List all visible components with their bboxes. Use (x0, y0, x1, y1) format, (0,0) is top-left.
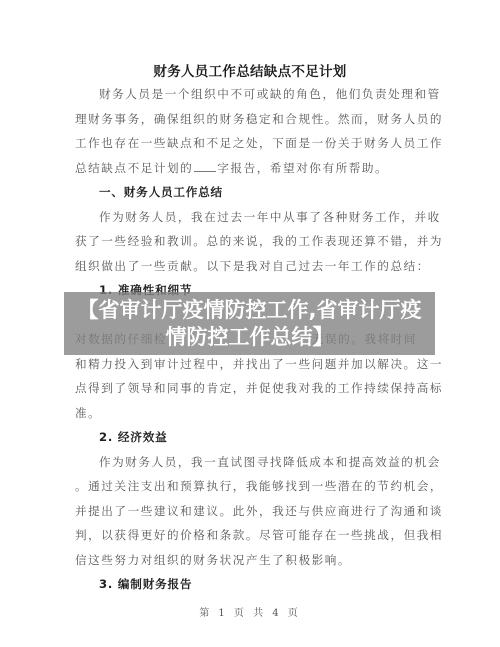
paragraph-line: 获了一些经验和教训。总的来说，我的工作表现还算不错，并为 (75, 233, 417, 249)
paragraph-line: 判，以获得更好的价格和条款。尽管可能存在一些挑战，但我相 (75, 527, 417, 543)
paragraph-line: 准。 (75, 405, 417, 421)
paragraph-line: 信这些努力对组织的财务状况产生了积极影响。 (75, 552, 417, 568)
subheading-economic-benefit: 2. 经济效益 (99, 429, 441, 445)
paragraph-line: 作为财务人员，我在过去一年中从事了各种财务工作，并收 (99, 209, 417, 225)
paragraph-line: 和精力投入到审计过程中，并找出了一些问题并加以解决。这一 (75, 356, 417, 372)
banner-title-line-2: 情防控工作总结】 (166, 324, 334, 351)
document-page: 财务人员工作总结缺点不足计划 财务人员是一个组织中不可或缺的角色，他们负责处理和… (0, 0, 500, 647)
paragraph-line: 理财务事务，确保组织的财务稳定和合规性。然而，财务人员的 (75, 111, 417, 127)
line-text-after-blank: 字报告，希望对你有所帮助。 (217, 161, 388, 175)
paragraph-line: 财务人员是一个组织中不可或缺的角色，他们负责处理和管 (99, 86, 417, 102)
paragraph-line: 工作也存在一些缺点和不足之处，下面是一份关于财务人员工作 (75, 135, 417, 151)
line-text-before-blank: 总结缺点不足计划的 (75, 161, 193, 175)
document-title: 财务人员工作总结缺点不足计划 (0, 60, 500, 80)
paragraph-line: 并提出了一些建议和建议。此外，我还与供应商进行了沟通和谈 (75, 503, 417, 519)
paragraph-line: 作为财务人员，我一直试图寻找降低成本和提高效益的机会 (99, 454, 417, 470)
section-heading-work-summary: 一、财务人员工作总结 (99, 184, 441, 200)
page-number-footer: 第 1 页 共 4 页 (0, 604, 500, 619)
paragraph-line: 点得到了领导和同事的肯定，并促使我对我的工作持续保持高标 (75, 380, 417, 396)
paragraph-line: 组织做出了一些贡献。以下是我对自己过去一年工作的总结： (75, 258, 417, 274)
paragraph-line: 。通过关注支出和预算执行，我能够找到一些潜在的节约机会， (75, 478, 417, 494)
subheading-financial-report: 3. 编制财务报告 (99, 576, 441, 592)
banner-title-line-1: 【省审计厅疫情防控工作,省审计厅疫 (78, 297, 422, 324)
paragraph-line: 总结缺点不足计划的字报告，希望对你有所帮助。 (75, 160, 417, 176)
title-overlay-banner: 【省审计厅疫情防控工作,省审计厅疫 情防控工作总结】 (64, 292, 435, 355)
fill-in-blank (194, 160, 216, 172)
